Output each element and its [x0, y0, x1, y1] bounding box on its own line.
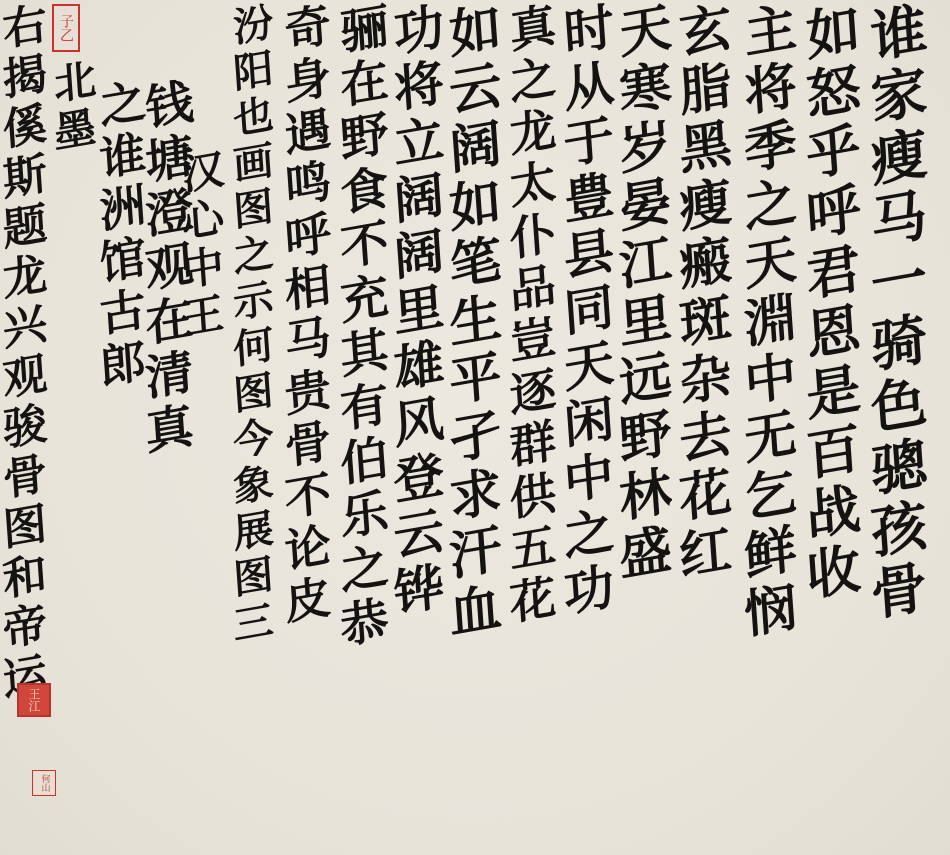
character: 揭 [0, 50, 44, 107]
character: 一 [865, 247, 925, 318]
character: 谁 [865, 0, 925, 71]
calligraphy-artwork: 谁家瘦马一骑色骢孩骨如怒乎呼君恩是百战收主将季之天淵中无乞鲜悯玄脂黑瘦瘢斑杂去花… [0, 0, 950, 855]
character: 斑 [672, 290, 728, 357]
character: 乞 [737, 464, 793, 531]
character: 天 [737, 232, 793, 299]
character: 图 [0, 500, 44, 557]
text-column: 时从于豊县同天闲中之功 [560, 4, 610, 620]
character: 相 [280, 260, 330, 320]
character: 真 [505, 0, 555, 60]
character: 在 [334, 54, 386, 116]
character: 铧 [388, 560, 442, 624]
character: 古 [95, 284, 145, 344]
character: 季 [737, 116, 793, 183]
text-column: 天寒岁晏江里远野林盛 [614, 4, 666, 584]
character: 龙 [505, 104, 555, 164]
character: 呼 [801, 180, 859, 249]
character: 谁 [95, 128, 145, 188]
character: 五 [505, 520, 555, 580]
character: 家 [865, 61, 925, 132]
character: 身 [280, 52, 330, 112]
character: 洲 [95, 180, 145, 240]
character: 闲 [558, 392, 612, 456]
character: 色 [865, 371, 925, 442]
character: 瘢 [672, 232, 728, 299]
character: 论 [280, 520, 330, 580]
character: 不 [280, 468, 330, 528]
character: 乐 [334, 486, 386, 548]
character: 鲜 [737, 522, 793, 589]
character: 天 [558, 336, 612, 400]
character: 君 [801, 240, 859, 309]
character: 里 [388, 280, 442, 344]
character: 孩 [865, 495, 925, 566]
character: 伯 [334, 432, 386, 494]
top-seal: 子乙 [52, 4, 80, 52]
character: 求 [442, 464, 498, 531]
character: 如 [801, 0, 859, 68]
character: 图 [228, 185, 271, 238]
character: 杂 [672, 348, 728, 415]
character: 野 [612, 406, 668, 473]
character: 呼 [280, 208, 330, 268]
character: 淵 [737, 290, 793, 357]
character: 玄 [672, 0, 728, 66]
character: 骨 [865, 557, 925, 628]
character: 怒 [801, 60, 859, 129]
character: 江 [612, 232, 668, 299]
character: 盛 [612, 522, 668, 589]
character: 雄 [388, 336, 442, 400]
character: 阔 [388, 224, 442, 288]
character: 之 [737, 174, 793, 241]
character: 汾 [228, 1, 271, 54]
character: 登 [388, 448, 442, 512]
character: 将 [388, 56, 442, 120]
character: 脂 [672, 58, 728, 125]
character: 寒 [612, 58, 668, 125]
character: 阔 [388, 168, 442, 232]
character: 从 [558, 56, 612, 120]
character: 骢 [865, 433, 925, 504]
character: 真 [139, 400, 191, 462]
character: 三 [228, 599, 271, 652]
character: 象 [228, 461, 271, 514]
character: 观 [0, 350, 44, 407]
character: 群 [505, 416, 555, 476]
character: 展 [228, 507, 271, 560]
character: 骏 [0, 400, 44, 457]
character: 斯 [0, 150, 44, 207]
character: 骨 [0, 450, 44, 507]
character: 同 [558, 280, 612, 344]
character: 郎 [95, 336, 145, 396]
character: 骑 [865, 309, 925, 380]
character: 食 [334, 162, 386, 224]
text-column: 玄脂黑瘦瘢斑杂去花红 [674, 4, 726, 584]
character: 骊 [334, 0, 386, 62]
text-column: 右揭傒斯题龙兴观骏骨图和帝运 [0, 4, 42, 704]
character: 时 [558, 0, 612, 64]
character: 之 [95, 76, 145, 136]
character: 百 [801, 420, 859, 489]
character: 供 [505, 468, 555, 528]
character: 之 [505, 52, 555, 112]
text-column: 北墨 [51, 60, 93, 156]
character: 逐 [505, 364, 555, 424]
character: 奇 [280, 0, 330, 60]
character: 不 [334, 216, 386, 278]
character: 阳 [228, 47, 271, 100]
character: 风 [388, 392, 442, 456]
character: 黑 [672, 116, 728, 183]
character: 如 [442, 174, 498, 241]
character: 仆 [505, 208, 555, 268]
character: 无 [737, 406, 793, 473]
character: 云 [388, 504, 442, 568]
character: 也 [228, 93, 271, 146]
character: 乎 [801, 120, 859, 189]
text-column: 汾阳也画图之示何图今象展图三 [230, 4, 270, 648]
character: 功 [558, 560, 612, 624]
character: 花 [672, 464, 728, 531]
character: 远 [612, 348, 668, 415]
character: 是 [801, 360, 859, 429]
text-column: 如怒乎呼君恩是百战收 [803, 4, 857, 604]
character: 马 [280, 312, 330, 372]
character: 皮 [280, 572, 330, 632]
character: 其 [334, 324, 386, 386]
character: 花 [505, 572, 555, 632]
character: 悯 [737, 580, 793, 647]
character: 功 [388, 0, 442, 64]
character: 馆 [95, 232, 145, 292]
character: 岁 [612, 116, 668, 183]
character: 品 [505, 260, 555, 320]
character: 战 [801, 480, 859, 549]
text-column: 功将立阔阔里雄风登云铧 [390, 4, 440, 620]
character: 示 [228, 277, 271, 330]
character: 中 [558, 448, 612, 512]
character: 主 [737, 0, 793, 66]
character: 晏 [612, 174, 668, 241]
character: 贵 [280, 364, 330, 424]
character: 林 [612, 464, 668, 531]
character: 鸣 [280, 156, 330, 216]
character: 之 [334, 540, 386, 602]
character: 之 [558, 504, 612, 568]
character: 墨 [49, 105, 94, 160]
character: 血 [442, 580, 498, 647]
character: 恩 [801, 300, 859, 369]
text-column: 骊在野食不充其有伯乐之恭 [336, 4, 384, 652]
character: 于 [558, 112, 612, 176]
character: 图 [228, 553, 271, 606]
character: 去 [672, 406, 728, 473]
character: 太 [505, 156, 555, 216]
character: 和 [0, 550, 44, 607]
character: 瘦 [865, 123, 925, 194]
character: 遇 [280, 104, 330, 164]
text-column: 奇身遇鸣呼相马贵骨不论皮 [282, 4, 328, 628]
character: 豊 [558, 168, 612, 232]
character: 豈 [505, 312, 555, 372]
character: 汗 [442, 522, 498, 589]
character: 瘦 [672, 174, 728, 241]
character: 收 [801, 540, 859, 609]
character: 充 [334, 270, 386, 332]
character: 红 [672, 522, 728, 589]
character: 今 [228, 415, 271, 468]
character: 龙 [0, 250, 44, 307]
character: 画 [228, 139, 271, 192]
text-column: 主将季之天淵中无乞鲜悯 [739, 4, 791, 642]
character: 平 [442, 348, 498, 415]
character: 何 [228, 323, 271, 376]
character: 笔 [442, 232, 498, 299]
text-column: 之谁洲馆古郎 [97, 80, 143, 392]
character: 里 [612, 290, 668, 357]
character: 天 [612, 0, 668, 66]
character: 如 [442, 0, 498, 66]
character: 野 [334, 108, 386, 170]
character: 县 [558, 224, 612, 288]
character: 中 [737, 348, 793, 415]
text-column: 如云阔如笔生平孑求汗血 [444, 4, 496, 642]
character: 北 [49, 57, 94, 112]
character: 恭 [334, 594, 386, 656]
text-column: 真之龙太仆品豈逐群供五花 [507, 4, 553, 628]
character: 马 [865, 185, 925, 256]
character: 帝 [0, 600, 44, 657]
character: 图 [228, 369, 271, 422]
character: 生 [442, 290, 498, 357]
text-column: 钱塘澄观在清真 [141, 80, 189, 458]
character: 将 [737, 58, 793, 125]
character: 有 [334, 378, 386, 440]
small-seal: 何山 [32, 770, 56, 796]
name-seal: 王江 [17, 683, 51, 717]
character: 兴 [0, 300, 44, 357]
character: 傒 [0, 100, 44, 157]
character: 阔 [442, 116, 498, 183]
character: 之 [228, 231, 271, 284]
text-column: 谁家瘦马一骑色骢孩骨 [867, 4, 923, 624]
character: 立 [388, 112, 442, 176]
character: 右 [0, 0, 44, 57]
character: 云 [442, 58, 498, 125]
character: 孑 [442, 406, 498, 473]
character: 题 [0, 200, 44, 257]
character: 骨 [280, 416, 330, 476]
